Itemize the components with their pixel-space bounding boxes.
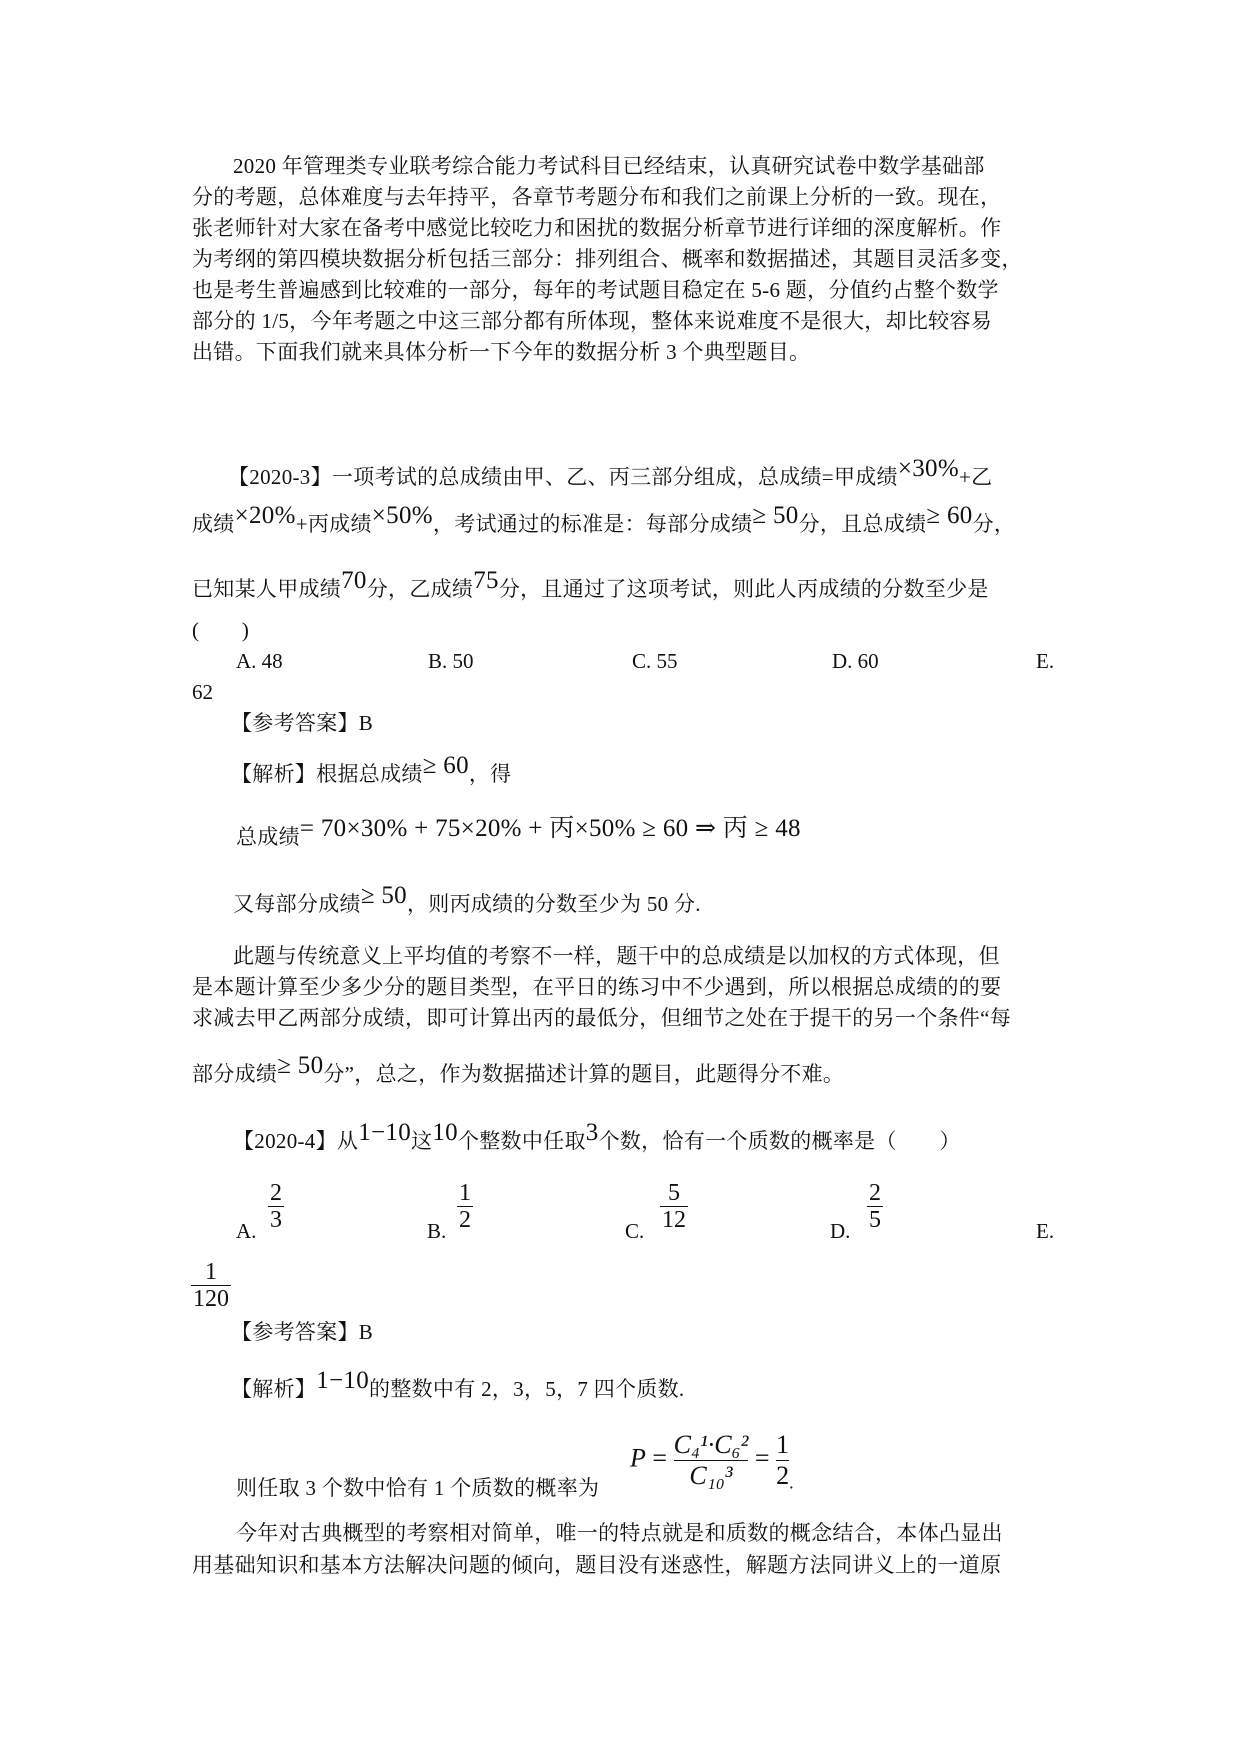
option-d-fraction: 25: [867, 1180, 883, 1233]
option-b: B. 50: [428, 651, 474, 672]
comment-line: 此题与传统意义上平均值的考察不一样，题干中的总成绩是以加权的方式体现，但: [233, 946, 1000, 967]
option-e: E.: [1036, 1221, 1054, 1242]
option-d: D.: [830, 1221, 850, 1242]
stem-text: 分，且通过了这项考试，则此人丙成绩的分数至少是: [499, 577, 989, 601]
math-inline: ×30%: [898, 455, 959, 482]
denominator: C₁₀³: [689, 1461, 732, 1491]
math-inline: 1−10: [316, 1367, 369, 1394]
stem-text: 一项考试的总成绩由甲、乙、丙三部分组成，总成绩=甲成绩: [332, 465, 898, 489]
equals-sign: =: [652, 1443, 667, 1472]
formula-p: P: [630, 1443, 646, 1472]
stem-text: 从: [337, 1129, 358, 1153]
intro-line: 2020 年管理类专业联考综合能力考试科目已经结束，认真研究试卷中数学基础部: [233, 156, 985, 177]
comment-text: 部分成绩: [192, 1062, 277, 1086]
intro-line: 张老师针对大家在备考中感觉比较吃力和困扰的数据分析章节进行详细的深度解析。作: [192, 218, 1001, 239]
formula-line: 总成绩= 70×30% + 75×20% + 丙×50% ≥ 60 ⇒ 丙 ≥ …: [236, 826, 801, 848]
option-e-fraction: 1120: [191, 1259, 231, 1312]
numerator: 5: [666, 1180, 682, 1206]
stem-text: 分，: [973, 512, 1016, 536]
question-stem-line: 【2020-3】一项考试的总成绩由甲、乙、丙三部分组成，总成绩=甲成绩×30%+…: [228, 466, 992, 488]
stem-text: 分，且总成绩: [799, 512, 927, 536]
reference-answer: 【参考答案】B: [231, 1322, 373, 1343]
stem-text: +乙: [959, 465, 992, 489]
formula-prefix: 总成绩: [236, 825, 300, 849]
numerator: 1: [203, 1259, 219, 1285]
analysis-text: 【解析】: [231, 1377, 316, 1401]
intro-line: 分的考题，总体难度与去年持平，各章节考题分布和我们之前课上分析的一致。现在，: [192, 187, 1001, 208]
comment-line: 今年对古典概型的考察相对简单，唯一的特点就是和质数的概念结合，本体凸显出: [236, 1523, 1003, 1544]
conclusion-text: ，则丙成绩的分数至少为 50 分.: [407, 892, 701, 916]
conclusion-line: 又每部分成绩≥ 50，则丙成绩的分数至少为 50 分.: [233, 893, 701, 915]
intro-line: 部分的 1/5，今年考题之中这三部分都有所体现，整体来说难度不是很大，却比较容易: [192, 311, 992, 332]
question-stem-line: 已知某人甲成绩70分，乙成绩75分，且通过了这项考试，则此人丙成绩的分数至少是: [192, 578, 989, 600]
stem-text: +丙成绩: [296, 512, 372, 536]
comment-line: 求减去甲乙两部分成绩，即可计算出丙的最低分，但细节之处在于提干的另一个条件“每: [192, 1008, 1011, 1029]
math-inline: ≥ 60: [423, 752, 469, 779]
combination-fraction: C₄¹·C₆² C₁₀³: [674, 1430, 749, 1491]
option-b: B.: [427, 1221, 446, 1242]
stem-text: 成绩: [192, 512, 235, 536]
formula: = 70×30% + 75×20% + 丙×50% ≥ 60 ⇒ 丙 ≥ 48: [300, 815, 801, 842]
intro-line: 出错。下面我们就来具体分析一下今年的数据分析 3 个典型题目。: [192, 342, 810, 363]
analysis-line: 【解析】根据总成绩≥ 60，得: [231, 763, 511, 785]
comment-line: 用基础知识和基本方法解决问题的倾向，题目没有迷惑性，解题方法同讲义上的一道原: [192, 1555, 1001, 1576]
result-fraction: 1 2: [776, 1430, 789, 1491]
numerator: C₄¹·C₆²: [674, 1430, 749, 1460]
probability-formula: P = C₄¹·C₆² C₁₀³ = 1 2 .: [630, 1430, 794, 1493]
option-d: D. 60: [832, 651, 879, 672]
denominator: 2: [457, 1207, 473, 1233]
math-inline: ≥ 60: [926, 502, 972, 529]
denominator: 120: [191, 1286, 231, 1312]
comment-text: 分”，总之，作为数据描述计算的题目，此题得分不难。: [323, 1062, 844, 1086]
denominator: 12: [660, 1207, 688, 1233]
stem-text: 分，乙成绩: [367, 577, 474, 601]
numerator: 1: [776, 1430, 789, 1460]
analysis-text: 的整数中有 2，3，5，7 四个质数.: [369, 1377, 684, 1401]
option-c: C.: [625, 1221, 644, 1242]
analysis-text: ，得: [469, 762, 512, 786]
option-e: E.: [1036, 651, 1054, 672]
intro-line: 也是考生普遍感到比较难的一部分，每年的考试题目稳定在 5-6 题，分值约占整个数…: [192, 280, 999, 301]
answer-blank: ( ): [192, 620, 249, 641]
probability-text: 则任取 3 个数中恰有 1 个质数的概率为: [236, 1478, 599, 1499]
math-inline: ≥ 50: [277, 1052, 323, 1079]
math-inline: ≥ 50: [361, 882, 407, 909]
denominator: 5: [867, 1207, 883, 1233]
denominator: 3: [268, 1207, 284, 1233]
option-a-fraction: 23: [268, 1180, 284, 1233]
equals-sign: =: [755, 1443, 770, 1472]
comment-line: 部分成绩≥ 50分”，总之，作为数据描述计算的题目，此题得分不难。: [192, 1063, 844, 1085]
numerator: 2: [867, 1180, 883, 1206]
option-a: A.: [236, 1221, 256, 1242]
math-inline: ×50%: [372, 502, 433, 529]
comment-line: 是本题计算至少多少分的题目类型，在平日的练习中不少遇到，所以根据总成绩的的要: [192, 977, 1001, 998]
analysis-text: 【解析】根据总成绩: [231, 762, 423, 786]
stem-text: 个数，恰有一个质数的概率是（ ）: [599, 1129, 961, 1153]
numerator: 2: [268, 1180, 284, 1206]
stem-text: 个整数中任取: [458, 1129, 586, 1153]
period: .: [789, 1472, 794, 1492]
math-inline: 75: [473, 567, 499, 594]
question-stem-line: 成绩×20%+丙成绩×50%，考试通过的标准是：每部分成绩≥ 50分，且总成绩≥…: [192, 513, 1015, 535]
numerator: 1: [457, 1180, 473, 1206]
math-inline: 3: [586, 1119, 599, 1146]
analysis-line: 【解析】1−10的整数中有 2，3，5，7 四个质数.: [231, 1378, 684, 1400]
conclusion-text: 又每部分成绩: [233, 892, 361, 916]
math-inline: ≥ 50: [752, 502, 798, 529]
intro-line: 为考纲的第四模块数据分析包括三部分：排列组合、概率和数据描述，其题目灵活多变，: [192, 249, 1023, 270]
math-inline: 10: [432, 1119, 458, 1146]
stem-text: 这: [411, 1129, 432, 1153]
math-inline: ×20%: [235, 502, 296, 529]
denominator: 2: [776, 1461, 789, 1491]
stem-text: 已知某人甲成绩: [192, 577, 341, 601]
stem-text: ，考试通过的标准是：每部分成绩: [433, 512, 753, 536]
math-inline: 70: [341, 567, 367, 594]
option-c: C. 55: [632, 651, 678, 672]
option-b-fraction: 12: [457, 1180, 473, 1233]
math-inline: 1−10: [358, 1119, 411, 1146]
question-tag: 【2020-4】: [233, 1129, 337, 1153]
option-a: A. 48: [236, 651, 283, 672]
option-e-value: 62: [192, 682, 213, 703]
question-stem-line: 【2020-4】从1−10这10个整数中任取3个数，恰有一个质数的概率是（ ）: [233, 1130, 961, 1152]
question-tag: 【2020-3】: [228, 465, 332, 489]
option-c-fraction: 512: [660, 1180, 688, 1233]
reference-answer: 【参考答案】B: [231, 713, 373, 734]
